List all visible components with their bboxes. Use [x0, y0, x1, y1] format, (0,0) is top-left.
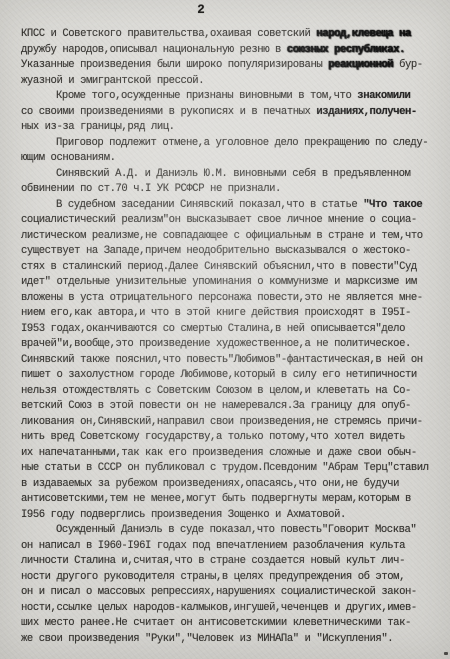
- text-segment: Кроме того,осужденные признаны виновными…: [56, 90, 357, 102]
- text-line: Осужденный Даниэль в суде показал,что по…: [21, 523, 440, 539]
- text-segment: антисоветскими,тем не менее,могут быть п…: [21, 493, 411, 505]
- text-segment: со своими произведениями в рукописях и в…: [21, 106, 316, 118]
- text-line: Кроме того,осужденные признаны виновными…: [21, 89, 440, 105]
- text-segment: ности,ссылке целых народов-калмыков,ингу…: [21, 602, 417, 614]
- text-segment: личности Сталина и,считая,что в стране с…: [21, 555, 405, 567]
- text-segment: Синявский А.Д. и Даниэль Ю.М. виновными …: [56, 168, 410, 180]
- text-segment: КПСС и Советского правительства,охаивая …: [21, 28, 316, 40]
- text-segment: жуазной и эмигрантской прессой.: [21, 75, 204, 87]
- text-line: он написал в I960-I96I годах под впечатл…: [21, 539, 440, 555]
- text-line: стях в сталинский период.Далее Синявский…: [21, 260, 440, 276]
- text-line: существует на Западе,причем неодобритель…: [21, 244, 440, 260]
- text-line: ликования он,Синявский,направил свои про…: [21, 415, 440, 431]
- text-line: I956 году подверглись произведения Зощен…: [21, 508, 440, 524]
- text-line: I953 годах,оканчиваются со смертью Стали…: [21, 322, 440, 338]
- document-page: 2 КПСС и Советского правительства,охаива…: [0, 0, 450, 659]
- text-line: ветский Союз в этой повести он не намере…: [21, 399, 440, 415]
- text-segment: народ,клевеща на: [316, 28, 411, 40]
- text-line: ших место ранее.Не считает он антисоветс…: [21, 616, 440, 632]
- text-segment: Осужденный Даниэль в суде показал,что по…: [56, 524, 416, 536]
- text-line: пишет о захолустном городе Любимове,кото…: [21, 368, 440, 384]
- text-line: же свои произведения "Руки","Человек из …: [21, 632, 440, 648]
- text-line: Приговор подлежит отмене,а уголовное дел…: [21, 136, 440, 152]
- text-line: их напечатанными,так как его произведени…: [21, 446, 440, 462]
- text-segment: реакционной: [328, 59, 393, 71]
- text-segment: идет" отдельные унизительные упоминания …: [21, 276, 417, 288]
- text-segment: социалистический реализм"он высказывает …: [21, 214, 417, 226]
- text-line: листическом реализме,не совпадающее с оф…: [21, 229, 440, 245]
- text-line: Синявский также пояснил,что повесть"Люби…: [21, 353, 440, 369]
- text-line: ные статьи в СССР он публиковал с трудом…: [21, 461, 440, 477]
- text-line: ности другого руководителя страны,в целя…: [21, 570, 440, 586]
- text-line: жуазной и эмигрантской прессой.: [21, 74, 440, 90]
- paragraph: КПСС и Советского правительства,охаивая …: [21, 27, 440, 89]
- text-segment: он написал в I960-I96I годах под впечатл…: [21, 540, 405, 552]
- paragraph: Приговор подлежит отмене,а уголовное дел…: [21, 136, 440, 167]
- text-line: личности Сталина и,считая,что в стране с…: [21, 554, 440, 570]
- text-segment: Указанные произведения были широко попул…: [21, 59, 328, 71]
- text-line: ющим основаниям.: [21, 151, 440, 167]
- text-segment: стях в сталинский период.Далее Синявский…: [21, 261, 417, 273]
- text-line: вложены в уста отрицательного персонажа …: [21, 291, 440, 307]
- text-segment: нить вред Советскому государству,а тольк…: [21, 431, 405, 443]
- page-number: 2: [0, 0, 426, 18]
- text-segment: обвинении по ст.70 ч.I УК РСФСР не призн…: [21, 183, 281, 195]
- text-segment: ющим основаниям.: [21, 152, 116, 164]
- text-line: КПСС и Советского правительства,охаивая …: [21, 27, 440, 43]
- text-line: нием его,как автора,и что в этой книге д…: [21, 306, 440, 322]
- text-line: со своими произведениями в рукописях и в…: [21, 105, 440, 121]
- text-segment: врачей"и,вообще,это произведение художес…: [21, 338, 411, 350]
- text-segment: нельзя отождествлять с Советским Союзом …: [21, 385, 411, 397]
- paragraph: Кроме того,осужденные признаны виновными…: [21, 89, 440, 136]
- text-segment: ликования он,Синявский,направил свои про…: [21, 416, 423, 428]
- text-line: нельзя отождествлять с Советским Союзом …: [21, 384, 440, 400]
- text-segment: нием его,как автора,и что в этой книге д…: [21, 307, 411, 319]
- text-segment: листическом реализме,не совпадающее с оф…: [21, 230, 423, 242]
- text-segment: изданиях,получен-: [316, 106, 416, 118]
- text-line: врачей"и,вообще,это произведение художес…: [21, 337, 440, 353]
- text-segment: ших место ранее.Не считает он антисоветс…: [21, 617, 411, 629]
- text-line: он и писал о массовых репрессиях,нарушен…: [21, 585, 440, 601]
- text-segment: ных из-за границы,ряд лиц.: [21, 121, 175, 133]
- text-line: антисоветскими,тем не менее,могут быть п…: [21, 492, 440, 508]
- text-segment: бур-: [393, 59, 423, 71]
- scan-speck: [444, 652, 448, 655]
- text-segment: "Что такое: [363, 199, 422, 211]
- text-line: в издаваемых за рубежом произведениях,оп…: [21, 477, 440, 493]
- text-line: обвинении по ст.70 ч.I УК РСФСР не призн…: [21, 182, 440, 198]
- text-line: ности,ссылке целых народов-калмыков,ингу…: [21, 601, 440, 617]
- text-segment: Синявский также пояснил,что повесть"Люби…: [21, 354, 423, 366]
- text-segment: дружбу народов,описывал национальную рез…: [21, 44, 287, 56]
- text-segment: В судебном заседании Синявский показал,ч…: [56, 199, 363, 211]
- document-body: КПСС и Советского правительства,охаивая …: [0, 27, 450, 647]
- text-segment: союзных республиках.: [287, 44, 405, 56]
- text-segment: пишет о захолустном городе Любимове,кото…: [21, 369, 417, 381]
- text-line: нить вред Советскому государству,а тольк…: [21, 430, 440, 446]
- text-line: социалистический реализм"он высказывает …: [21, 213, 440, 229]
- text-segment: в издаваемых за рубежом произведениях,оп…: [21, 478, 399, 490]
- text-line: ных из-за границы,ряд лиц.: [21, 120, 440, 136]
- text-segment: их напечатанными,так как его произведени…: [21, 447, 417, 459]
- text-segment: существует на Западе,причем неодобритель…: [21, 245, 411, 257]
- text-line: Указанные произведения были широко попул…: [21, 58, 440, 74]
- text-segment: I953 годах,оканчиваются со смертью Стали…: [21, 323, 405, 335]
- text-segment: вложены в уста отрицательного персонажа …: [21, 292, 423, 304]
- paragraph: Синявский А.Д. и Даниэль Ю.М. виновными …: [21, 167, 440, 198]
- text-segment: ности другого руководителя страны,в целя…: [21, 571, 405, 583]
- text-segment: знакомили: [357, 90, 410, 102]
- text-segment: ветский Союз в этой повести он не намере…: [21, 400, 411, 412]
- text-segment: он и писал о массовых репрессиях,нарушен…: [21, 586, 417, 598]
- text-line: В судебном заседании Синявский показал,ч…: [21, 198, 440, 214]
- text-segment: ные статьи в СССР он публиковал с трудом…: [21, 462, 429, 474]
- paragraph: В судебном заседании Синявский показал,ч…: [21, 198, 440, 524]
- text-segment: же свои произведения "Руки","Человек из …: [21, 633, 393, 645]
- text-line: дружбу народов,описывал национальную рез…: [21, 43, 440, 59]
- text-line: идет" отдельные унизительные упоминания …: [21, 275, 440, 291]
- text-segment: I956 году подверглись произведения Зощен…: [21, 509, 346, 521]
- text-line: Синявский А.Д. и Даниэль Ю.М. виновными …: [21, 167, 440, 183]
- paragraph: Осужденный Даниэль в суде показал,что по…: [21, 523, 440, 647]
- text-segment: Приговор подлежит отмене,а уголовное дел…: [56, 137, 428, 149]
